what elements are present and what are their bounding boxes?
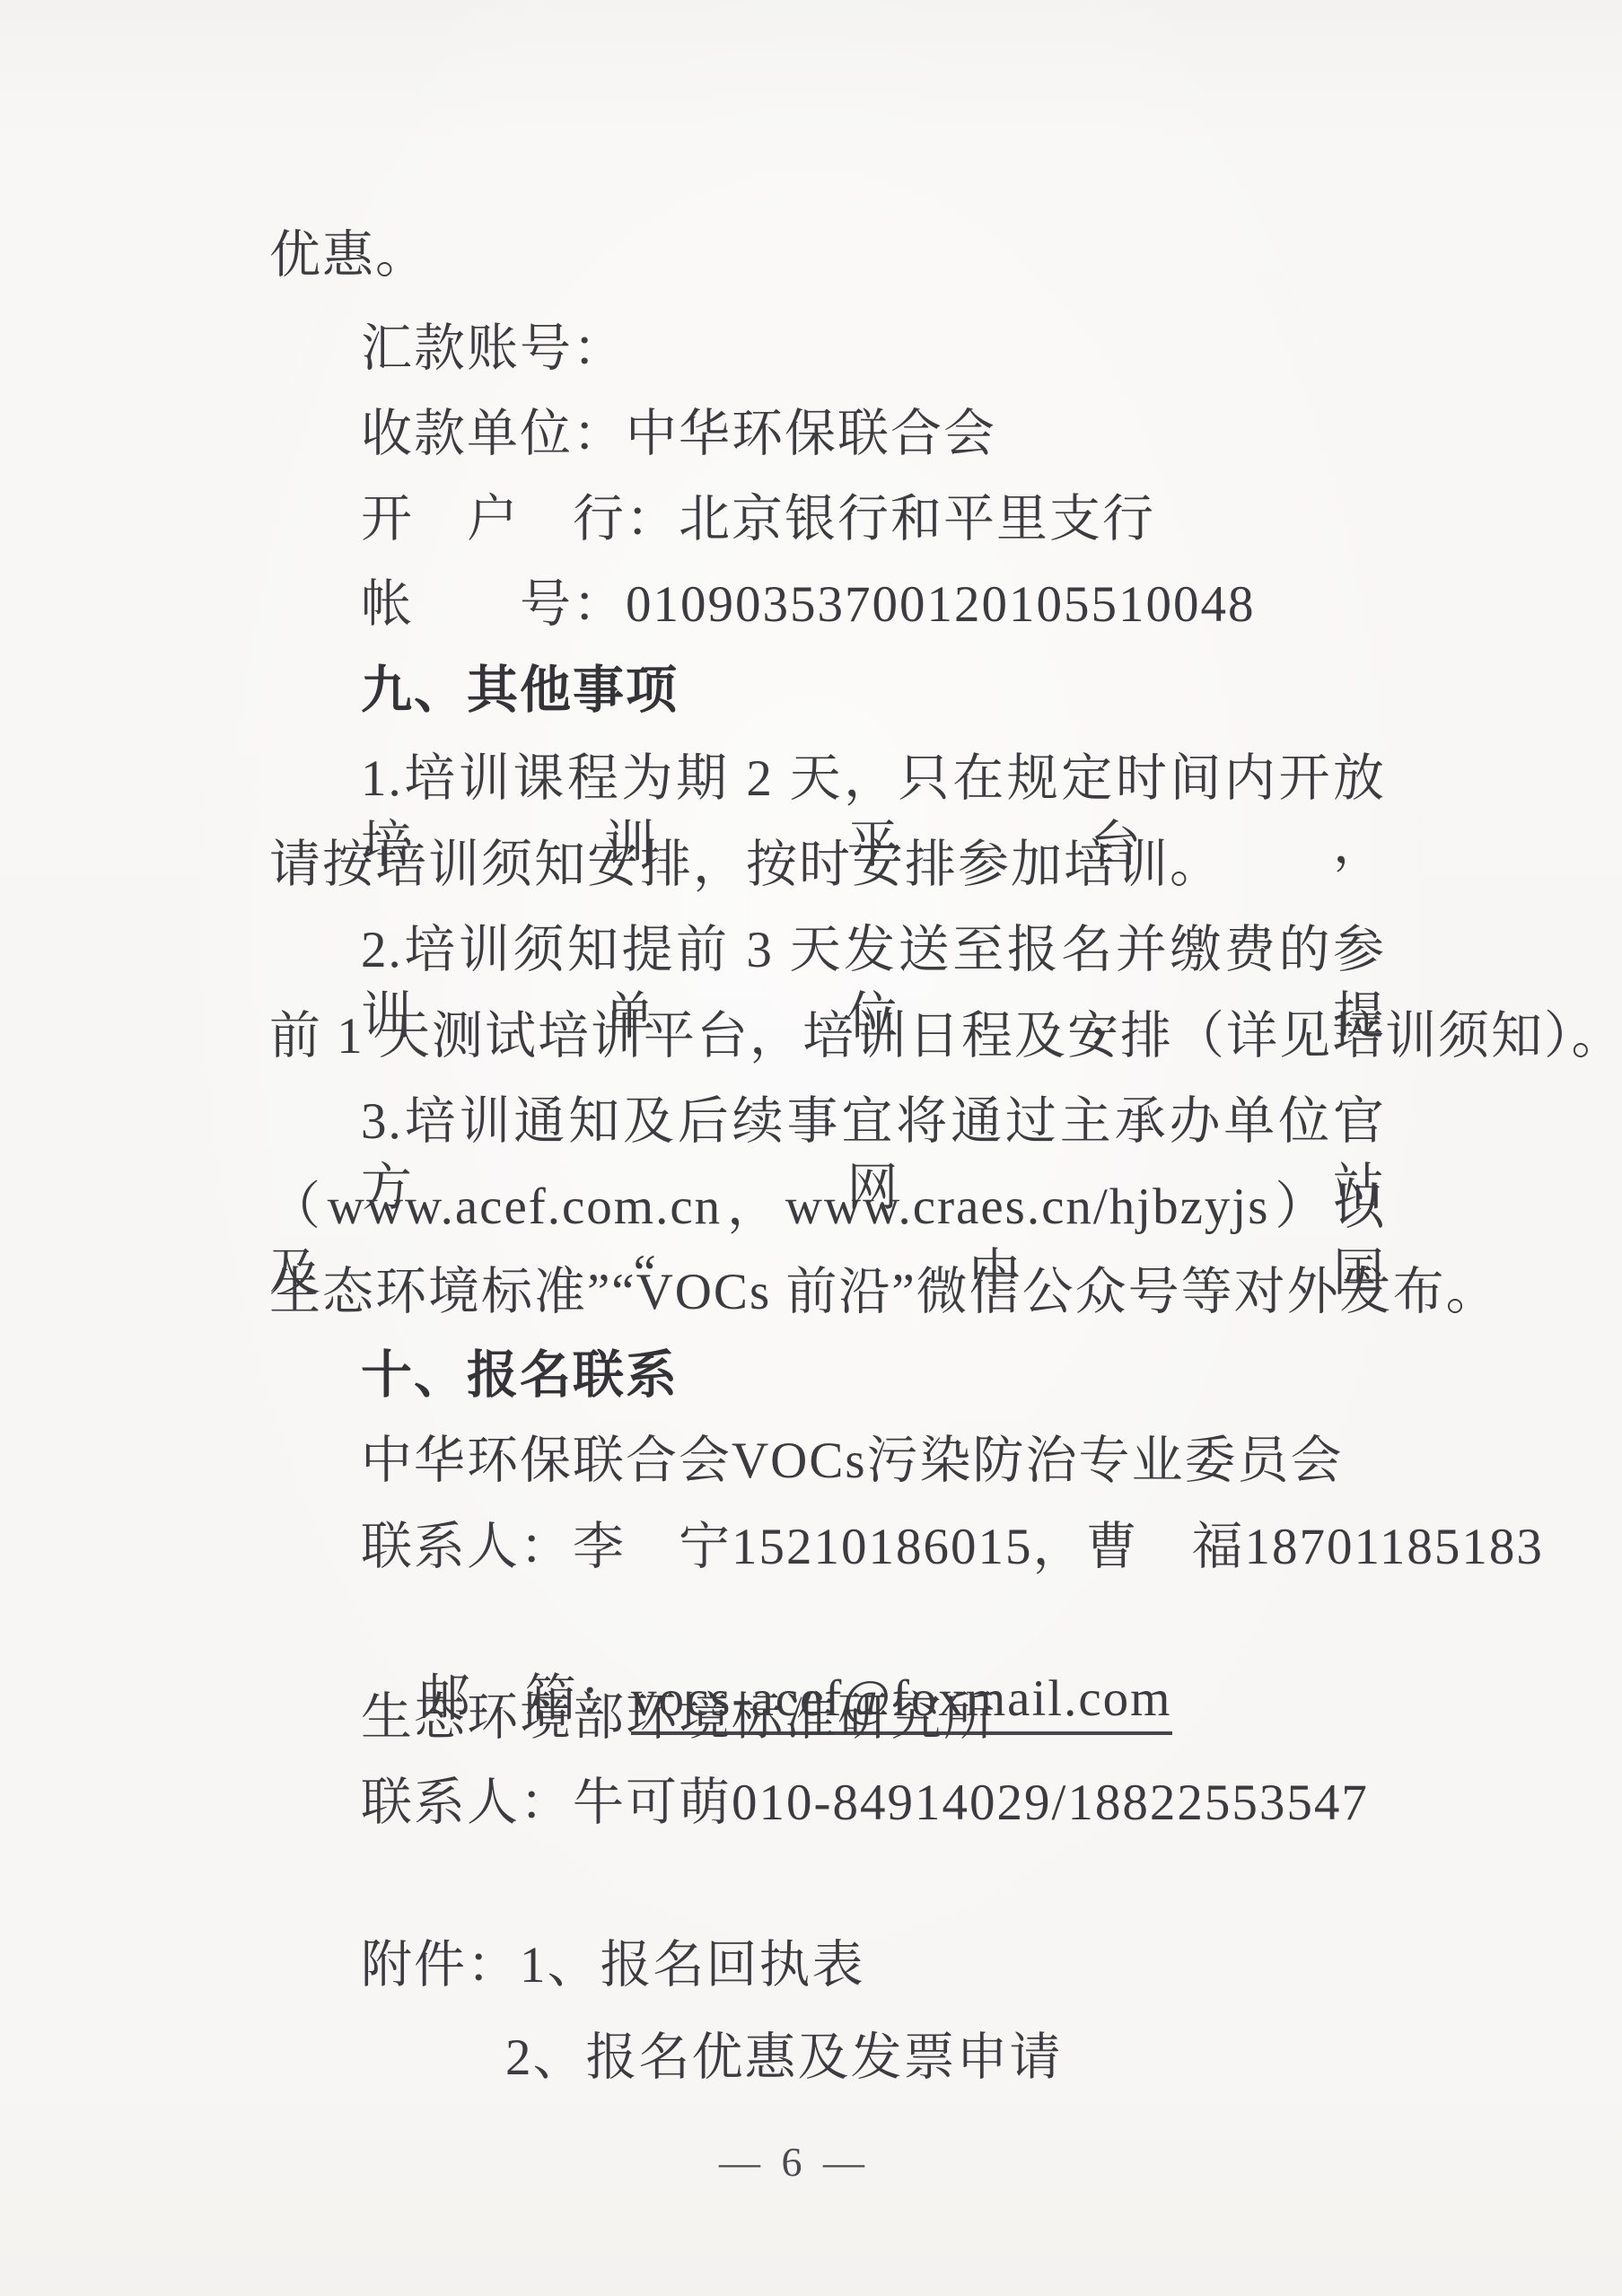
remittance-account-label: 汇款账号：: [361, 316, 626, 382]
document-page: 优惠。 汇款账号： 收款单位：中华环保联合会 开 户 行：北京银行和平里支行 帐…: [0, 0, 1622, 2296]
contacts-acef-line: 联系人：李 宁15210186015，曹 福18701185183: [361, 1514, 1544, 1581]
attachment-2-line: 2、报名优惠及发票申请: [505, 2025, 1063, 2091]
account-number-line: 帐 号：01090353700120105510048: [361, 572, 1256, 638]
item-1-line-2: 请按培训须知安排，按时安排参加培训。: [269, 832, 1223, 898]
contacts-institute-line: 联系人：牛可萌010-84914029/18822553547: [361, 1770, 1369, 1836]
item-3-line-3: 生态环境标准”“VOCs 前沿”微信公众号等对外发布。: [269, 1259, 1499, 1326]
item-2-line-2: 前 1 天测试培训平台，培训日程及安排（详见培训须知）。: [269, 1003, 1622, 1070]
heading-section-9: 九、其他事项: [361, 658, 679, 724]
bank-line: 开 户 行：北京银行和平里支行: [361, 486, 1155, 553]
payee-line: 收款单位：中华环保联合会: [361, 401, 996, 468]
paragraph-tail-youhui: 优惠。: [269, 223, 428, 289]
page-number: — 6 —: [0, 2138, 1589, 2186]
heading-section-10: 十、报名联系: [361, 1343, 679, 1409]
attachment-1-line: 附件：1、报名回执表: [361, 1932, 865, 1999]
org-standards-institute-line: 生态环境部环境标准研究所: [361, 1685, 996, 1751]
org-acef-committee-line: 中华环保联合会VOCs污染防治专业委员会: [361, 1428, 1344, 1494]
